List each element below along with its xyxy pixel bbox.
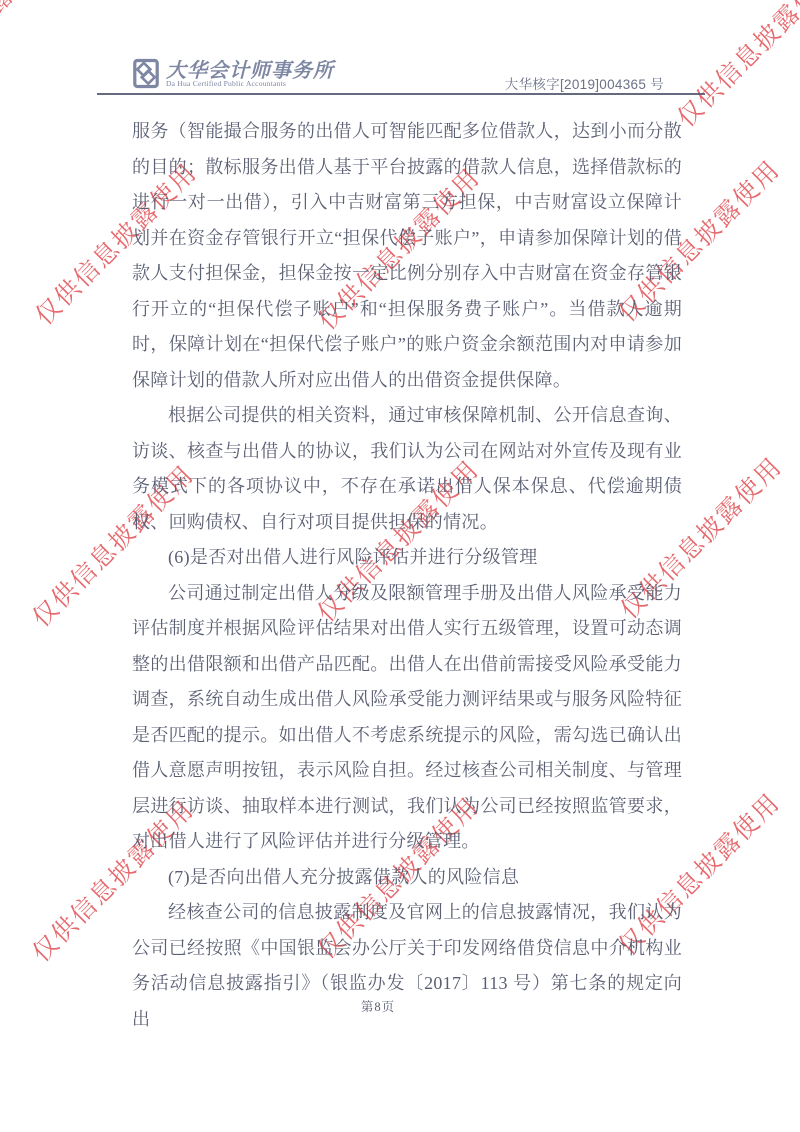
paragraph: (7)是否向出借人充分披露借款人的风险信息 xyxy=(132,860,682,896)
paragraph: 服务（智能撮合服务的出借人可智能匹配多位借款人，达到小而分散的目的；散标服务出借… xyxy=(132,114,682,398)
page-header: 大华会计师事务所 Da Hua Certified Public Account… xyxy=(0,0,800,100)
paragraph: (6)是否对出借人进行风险评估并进行分级管理 xyxy=(132,540,682,576)
header-divider xyxy=(97,93,705,95)
paragraph: 根据公司提供的相关资料，通过审核保障机制、公开信息查询、访谈、核查与出借人的协议… xyxy=(132,398,682,540)
scanned-report-page: 仅供信息披露使用仅供信息披露使用仅供信息披露使用仅供信息披露使用仅供信息披露使用… xyxy=(0,0,800,1132)
dahua-logo-icon xyxy=(133,57,159,90)
firm-name-english: Da Hua Certified Public Accountants xyxy=(166,79,286,88)
document-reference-number: 大华核字[2019]004365 号 xyxy=(505,73,664,93)
report-body-text: 服务（智能撮合服务的出借人可智能匹配多位借款人，达到小而分散的目的；散标服务出借… xyxy=(132,114,682,1037)
page-number: 第8页 xyxy=(0,997,756,1015)
paragraph: 公司通过制定出借人分级及限额管理手册及出借人风险承受能力评估制度并根据风险评估结… xyxy=(132,576,682,860)
paragraph: 经核查公司的信息披露制度及官网上的信息披露情况，我们认为公司已经按照《中国银监会… xyxy=(132,895,682,1037)
